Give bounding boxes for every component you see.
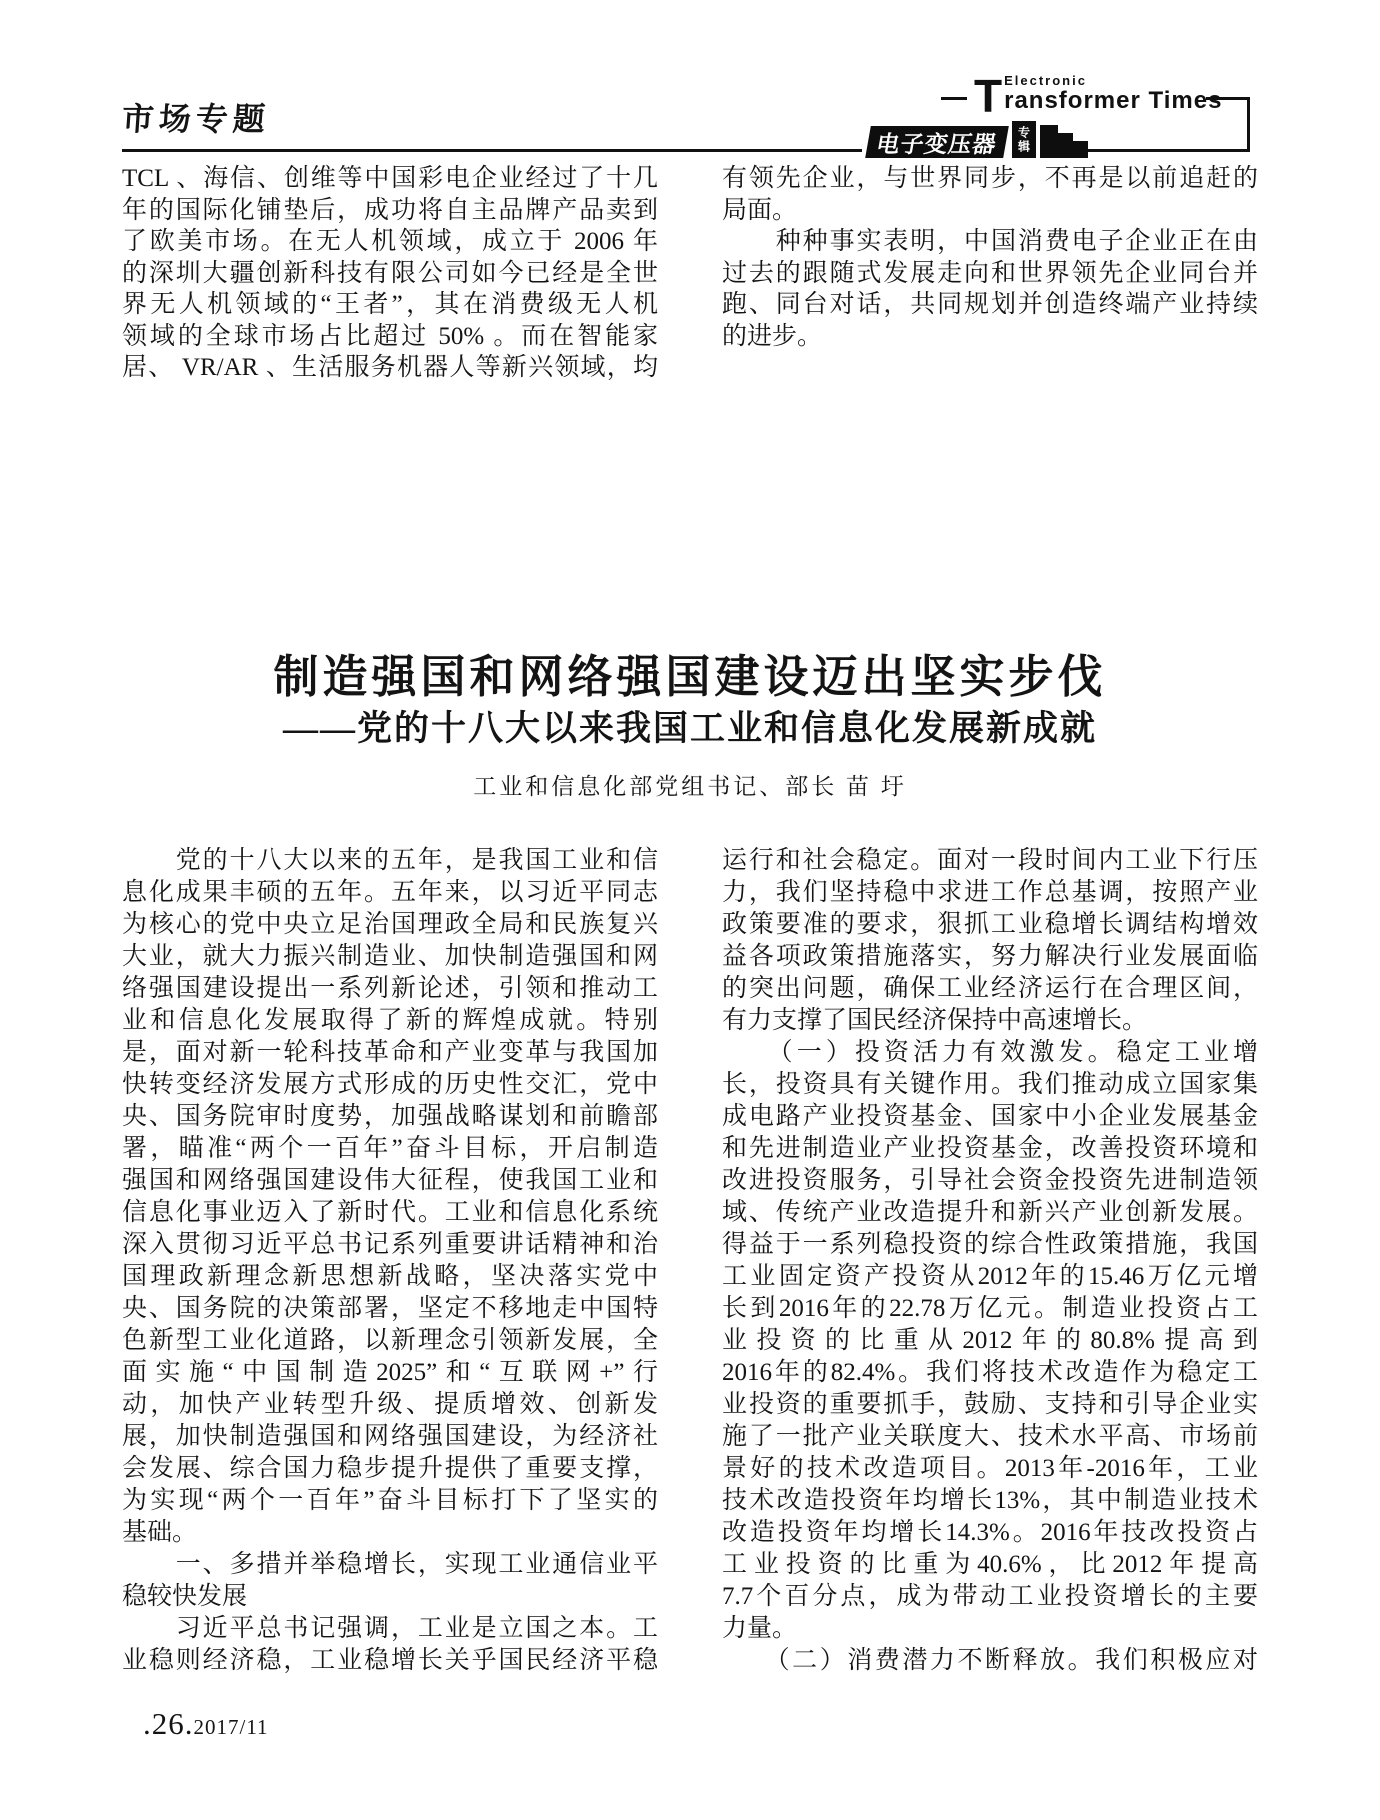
logo-stair-block-3: [1073, 141, 1088, 158]
text-line: 改进投资服务，引导社会资金投资先进制造领: [722, 1165, 1258, 1197]
header-rule-left: [122, 149, 862, 152]
logo-stair-block-1: [1040, 125, 1058, 158]
text-line: 政策要准的要求，狠抓工业稳增长调结构增效: [722, 909, 1258, 941]
text-line: 景好的技术改造项目。2013年-2016年，工业: [722, 1453, 1258, 1485]
text-line: 工业固定资产投资从2012年的15.46万亿元增: [722, 1261, 1258, 1293]
magazine-page: 市场专题 T Electronic ransformer Times 电子变压器…: [0, 0, 1380, 1820]
text-line: 展，加快制造强国和网络强国建设，为经济社: [122, 1421, 658, 1453]
text-line: 络强国建设提出一系列新论述，引领和推动工: [122, 973, 658, 1005]
text-line: 得益于一系列稳投资的综合性政策措施，我国: [722, 1229, 1258, 1261]
text-line: 改造投资年均增长14.3%。2016年技改投资占: [722, 1517, 1258, 1549]
brand-logo-english: T Electronic ransformer Times: [974, 74, 1222, 118]
text-line: 年的国际化铺垫后，成功将自主品牌产品卖到: [122, 195, 658, 227]
text-line: 局面。: [722, 195, 1258, 227]
text-line: 面实施“中国制造2025”和“互联网+”行: [122, 1357, 658, 1389]
text-line: 的突出问题，确保工业经济运行在合理区间，: [722, 973, 1258, 1005]
text-line: （一）投资活力有效激发。稳定工业增: [722, 1037, 1258, 1069]
text-line: （二）消费潜力不断释放。我们积极应对: [722, 1645, 1258, 1677]
page-number: .26.: [143, 1706, 194, 1742]
brand-text-stack: Electronic ransformer Times: [1004, 74, 1222, 114]
text-line: 居、 VR/AR 、生活服务机器人等新兴领域，均: [122, 352, 658, 384]
text-line: 力，我们坚持稳中求进工作总基调，按照产业: [722, 877, 1258, 909]
text-line: 和先进制造业产业投资基金，改善投资环境和: [722, 1133, 1258, 1165]
brand-transformer-times-label: ransformer Times: [1004, 88, 1222, 114]
text-line: 2016年的82.4%。我们将技术改造作为稳定工: [722, 1357, 1258, 1389]
text-line: 会发展、综合国力稳步提升提供了重要支撑，: [122, 1453, 658, 1485]
article-title: 制造强国和网络强国建设迈出坚实步伐: [0, 640, 1380, 705]
text-line: 界无人机领域的“王者”，其在消费级无人机: [122, 289, 658, 321]
text-line: 业投资的重要抓手，鼓励、支持和引导企业实: [722, 1389, 1258, 1421]
section-label: 市场专题: [120, 94, 271, 140]
text-line: 的深圳大疆创新科技有限公司如今已经是全世: [122, 258, 658, 290]
header-rule-right: [1080, 149, 1250, 152]
brand-vertical-rule: [1247, 97, 1250, 152]
text-line: 为核心的党中央立足治国理政全局和民族复兴: [122, 909, 658, 941]
text-line: 跑、同台对话，共同规划并创造终端产业持续: [722, 289, 1258, 321]
top-article-left-column: TCL 、海信、创维等中国彩电企业经过了十几年的国际化铺垫后，成功将自主品牌产品…: [122, 163, 658, 384]
text-line: 长到2016年的22.78万亿元。制造业投资占工: [722, 1293, 1258, 1325]
text-line: 种种事实表明，中国消费电子企业正在由: [722, 226, 1258, 258]
text-line: 了欧美市场。在无人机领域，成立于 2006 年: [122, 226, 658, 258]
text-line: 过去的跟随式发展走向和世界领先企业同台并: [722, 258, 1258, 290]
text-line: 息化成果丰硕的五年。五年来，以习近平同志: [122, 877, 658, 909]
text-line: 快转变经济发展方式形成的历史性交汇，党中: [122, 1069, 658, 1101]
brand-initial-t: T: [974, 74, 1002, 118]
text-line: 成电路产业投资基金、国家中小企业发展基金: [722, 1101, 1258, 1133]
text-line: 7.7个百分点，成为带动工业投资增长的主要: [722, 1581, 1258, 1613]
text-line: 运行和社会稳定。面对一段时间内工业下行压: [722, 845, 1258, 877]
body-left-column: 党的十八大以来的五年，是我国工业和信息化成果丰硕的五年。五年来，以习近平同志为核…: [122, 845, 658, 1677]
issue-label: 2017/11: [194, 1715, 269, 1740]
text-line: 稳较快发展: [122, 1581, 658, 1613]
body-right-column: 运行和社会稳定。面对一段时间内工业下行压力，我们坚持稳中求进工作总基调，按照产业…: [722, 845, 1258, 1677]
text-line: 长，投资具有关键作用。我们推动成立国家集: [722, 1069, 1258, 1101]
text-line: 有领先企业，与世界同步，不再是以前追赶的: [722, 163, 1258, 195]
text-line: 为实现“两个一百年”奋斗目标打下了坚实的: [122, 1485, 658, 1517]
text-line: 一、多措并举稳增长，实现工业通信业平: [122, 1549, 658, 1581]
text-line: TCL 、海信、创维等中国彩电企业经过了十几: [122, 163, 658, 195]
text-line: 动，加快产业转型升级、提质增效、创新发: [122, 1389, 658, 1421]
text-line: 央、国务院审时度势，加强战略谋划和前瞻部: [122, 1101, 658, 1133]
text-line: 是，面对新一轮科技革命和产业变革与我国加: [122, 1037, 658, 1069]
text-line: 习近平总书记强调，工业是立国之本。工: [122, 1613, 658, 1645]
text-line: 域、传统产业改造提升和新兴产业创新发展。: [722, 1197, 1258, 1229]
text-line: 色新型工业化道路，以新理念引领新发展，全: [122, 1325, 658, 1357]
text-line: 大业，就大力振兴制造业、加快制造强国和网: [122, 941, 658, 973]
text-line: 技术改造投资年均增长13%，其中制造业技术: [722, 1485, 1258, 1517]
text-line: 有力支撑了国民经济保持中高速增长。: [722, 1005, 1258, 1037]
text-line: 强国和网络强国建设伟大征程，使我国工业和: [122, 1165, 658, 1197]
page-footer: .26.2017/11: [143, 1706, 269, 1742]
text-line: 国理政新理念新思想新战略，坚决落实党中: [122, 1261, 658, 1293]
text-line: 业和信息化发展取得了新的辉煌成就。特别: [122, 1005, 658, 1037]
text-line: 的进步。: [722, 321, 1258, 353]
brand-dash-left: [941, 97, 967, 100]
top-article-right-column: 有领先企业，与世界同步，不再是以前追赶的局面。 种种事实表明，中国消费电子企业正…: [722, 163, 1258, 352]
text-line: 益各项政策措施落实，努力解决行业发展面临: [722, 941, 1258, 973]
text-line: 基础。: [122, 1517, 658, 1549]
text-line: 央、国务院的决策部署，坚定不移地走中国特: [122, 1293, 658, 1325]
article-author-line: 工业和信息化部党组书记、部长 苗 圩: [0, 768, 1380, 801]
text-line: 署，瞄准“两个一百年”奋斗目标，开启制造: [122, 1133, 658, 1165]
brand-logo-chinese-suffix: 专辑: [1012, 121, 1036, 158]
text-line: 深入贯彻习近平总书记系列重要讲话精神和治: [122, 1229, 658, 1261]
text-line: 工业投资的比重为40.6%，比2012年提高: [722, 1549, 1258, 1581]
text-line: 信息化事业迈入了新时代。工业和信息化系统: [122, 1197, 658, 1229]
text-line: 施了一批产业关联度大、技术水平高、市场前: [722, 1421, 1258, 1453]
text-line: 业稳则经济稳，工业稳增长关乎国民经济平稳: [122, 1645, 658, 1677]
brand-logo-chinese: 电子变压器: [865, 126, 1009, 158]
text-line: 业投资的比重从2012年的80.8%提高到: [722, 1325, 1258, 1357]
article-subtitle: ——党的十八大以来我国工业和信息化发展新成就: [0, 701, 1380, 751]
text-line: 领域的全球市场占比超过 50% 。而在智能家: [122, 321, 658, 353]
text-line: 力量。: [722, 1613, 1258, 1645]
brand-electronic-label: Electronic: [1004, 74, 1222, 88]
text-line: 党的十八大以来的五年，是我国工业和信: [122, 845, 658, 877]
logo-stair-block-2: [1058, 133, 1073, 158]
